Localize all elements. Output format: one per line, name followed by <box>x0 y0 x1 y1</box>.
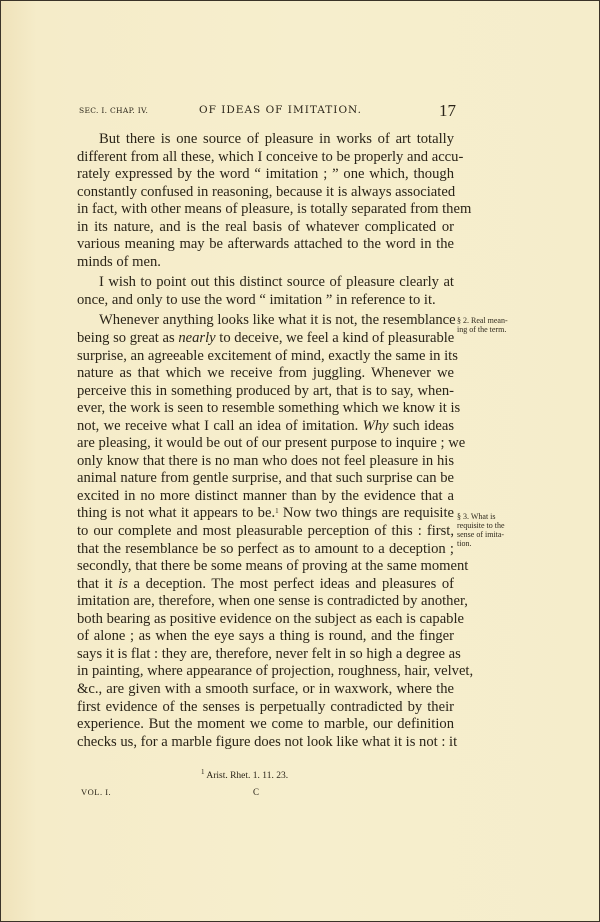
emphasis-text: Why <box>363 418 389 434</box>
margin-note-line: § 2. Real mean- <box>457 316 527 325</box>
text-line: imitation are, therefore, when one sense… <box>77 593 454 611</box>
margin-note-line: requisite to the <box>457 521 527 530</box>
text-line: are pleasing, it would be out of our pre… <box>77 435 454 453</box>
text-segment: being so great as <box>77 330 178 346</box>
text-line: that it is a deception. The most perfect… <box>77 576 454 594</box>
margin-note-line: ing of the term. <box>457 325 527 334</box>
margin-note-line: tion. <box>457 539 527 548</box>
running-head: SEC. I. CHAP. IV. OF IDEAS OF IMITATION.… <box>1 101 600 121</box>
volume-label: VOL. I. <box>81 787 111 797</box>
footnote: 1 Arist. Rhet. 1. 11. 23. <box>201 771 288 781</box>
text-line: Whenever anything looks like what it is … <box>77 312 454 330</box>
text-segment: that it <box>77 576 118 592</box>
book-page: SEC. I. CHAP. IV. OF IDEAS OF IMITATION.… <box>0 0 600 922</box>
text-line: in painting, where appearance of project… <box>77 663 454 681</box>
footnote-text: Arist. Rhet. 1. 11. 23. <box>205 771 289 781</box>
text-line: perceive this in something produced by a… <box>77 383 454 401</box>
margin-note-line: § 3. What is <box>457 512 527 521</box>
text-line: animal nature from gentle surprise, and … <box>77 470 454 488</box>
text-line: ever, the work is seen to resemble somet… <box>77 400 454 418</box>
margin-note-section-2: § 2. Real mean- ing of the term. <box>457 316 527 334</box>
chapter-title: OF IDEAS OF IMITATION. <box>199 104 362 116</box>
margin-note-section-3: § 3. What is requisite to the sense of i… <box>457 512 527 548</box>
signature-mark: C <box>253 787 259 797</box>
text-segment: not, we receive what I call an idea of i… <box>77 418 363 434</box>
text-segment: such ideas <box>389 418 454 434</box>
text-line: nature as that which we receive from jug… <box>77 365 454 383</box>
text-line: various meaning may be afterwards attach… <box>77 236 454 254</box>
text-line: excited in no more distinct manner than … <box>77 488 454 506</box>
text-line: thing is not what it appears to be.1 Now… <box>77 505 454 523</box>
text-line: that the resemblance be so perfect as to… <box>77 541 454 559</box>
text-line: both bearing as positive evidence on the… <box>77 611 454 629</box>
text-line: I wish to point out this distinct source… <box>77 274 454 292</box>
page-number: 17 <box>439 101 456 121</box>
text-segment: thing is not what it appears to be. <box>77 505 275 521</box>
text-line: rately expressed by the word “ imitation… <box>77 166 454 184</box>
text-line: only know that there is no man who does … <box>77 453 454 471</box>
text-line: But there is one source of pleasure in w… <box>77 131 454 149</box>
text-line: being so great as nearly to deceive, we … <box>77 330 454 348</box>
emphasis-text: nearly <box>178 330 215 346</box>
text-line: secondly, that there be some means of pr… <box>77 558 454 576</box>
margin-note-line: sense of imita- <box>457 530 527 539</box>
text-line: &c., are given with a smooth surface, or… <box>77 681 454 699</box>
text-line: different from all these, which I concei… <box>77 149 454 167</box>
text-line: constantly confused in reasoning, becaus… <box>77 184 454 202</box>
section-label: SEC. I. CHAP. IV. <box>79 106 148 115</box>
text-line: in its nature, and is the real basis of … <box>77 219 454 237</box>
text-line: surprise, an agreeable excitement of min… <box>77 348 454 366</box>
text-segment: Now two things are requisite <box>279 505 454 521</box>
text-segment: to deceive, we feel a kind of pleasurabl… <box>216 330 455 346</box>
text-line: once, and only to use the word “ imitati… <box>77 292 454 310</box>
text-line: in fact, with other means of pleasure, i… <box>77 201 454 219</box>
text-segment: a deception. The most perfect ideas and … <box>128 576 454 592</box>
text-line: says it is flat : they are, therefore, n… <box>77 646 454 664</box>
text-line: minds of men. <box>77 254 454 272</box>
body-text: But there is one source of pleasure in w… <box>77 131 454 751</box>
text-line: first evidence of the senses is perpetua… <box>77 699 454 717</box>
text-line: of alone ; as when the eye says a thing … <box>77 628 454 646</box>
text-line: to our complete and most pleasurable per… <box>77 523 454 541</box>
emphasis-text: is <box>118 576 128 592</box>
text-line: checks us, for a marble figure does not … <box>77 734 454 752</box>
text-line: not, we receive what I call an idea of i… <box>77 418 454 436</box>
text-line: experience. But the moment we come to ma… <box>77 716 454 734</box>
